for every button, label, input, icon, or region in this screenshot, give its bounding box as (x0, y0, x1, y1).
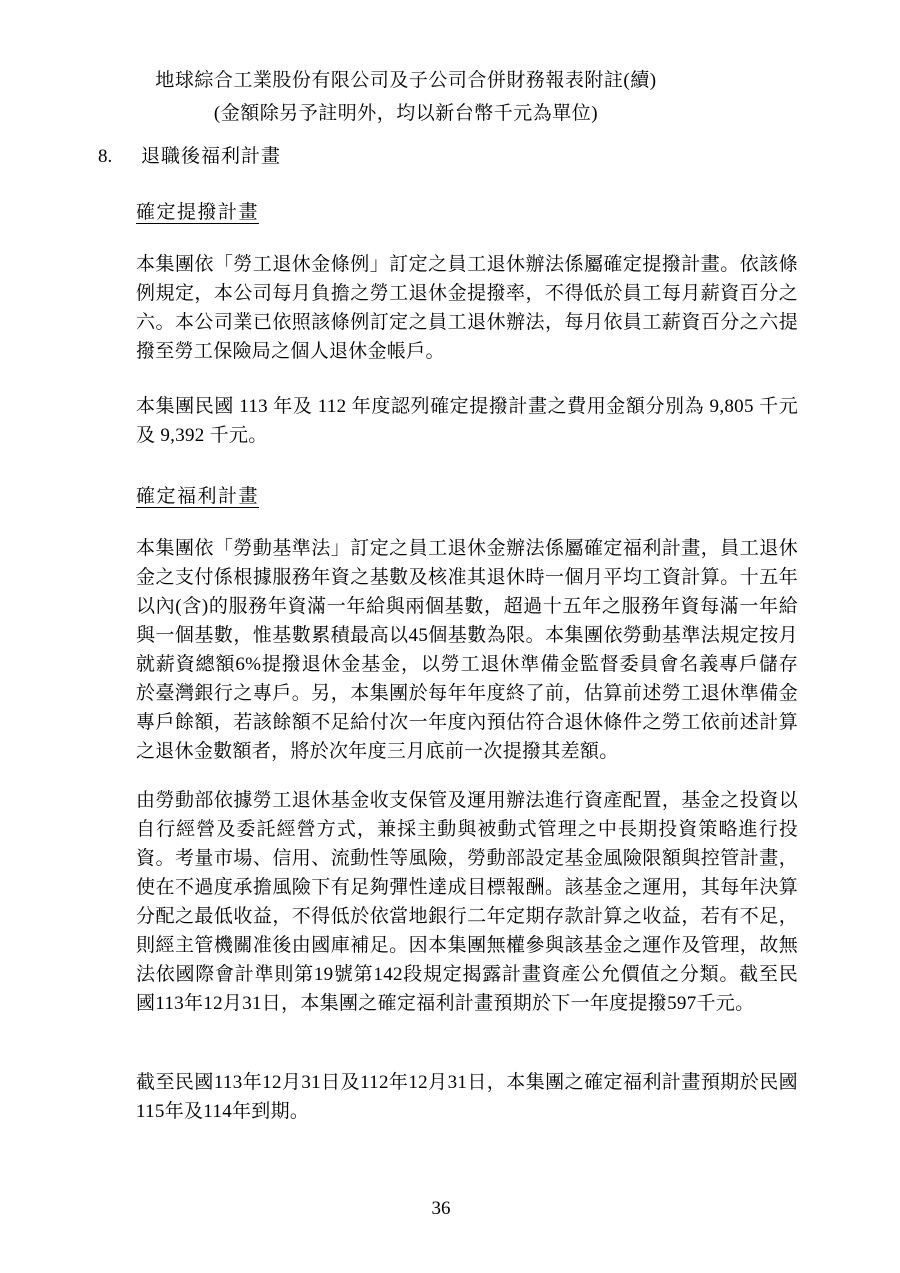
paragraph-defined-contribution-expense: 本集團民國 113 年及 112 年度認列確定提撥計畫之費用金額分別為 9,80… (136, 392, 798, 450)
paragraph-defined-contribution-policy: 本集團依「勞工退休金條例」訂定之員工退休辦法係屬確定提撥計畫。依該條例規定，本公… (136, 250, 798, 366)
paragraph-plan-maturity: 截至民國113年12月31日及112年12月31日，本集團之確定福利計畫預期於民… (136, 1068, 798, 1126)
report-title: 地球綜合工業股份有限公司及子公司合併財務報表附註(續) (0, 64, 812, 97)
section-8-heading: 8. 退職後福利計畫 (98, 142, 281, 171)
document-header: 地球綜合工業股份有限公司及子公司合併財務報表附註(續) (金額除另予註明外，均以… (0, 64, 812, 130)
subsection-heading-defined-contribution-plan: 確定提撥計畫 (136, 198, 259, 227)
section-number: 8. (98, 142, 141, 171)
paragraph-fund-management: 由勞動部依據勞工退休基金收支保管及運用辦法進行資產配置，基金之投資以自行經營及委… (136, 786, 798, 1018)
subsection-heading-defined-benefit-plan: 確定福利計畫 (136, 482, 259, 511)
unit-note: (金額除另予註明外，均以新台幣千元為單位) (0, 97, 812, 130)
paragraph-defined-benefit-policy: 本集團依「勞動基準法」訂定之員工退休金辦法係屬確定福利計畫，員工退休金之支付係根… (136, 534, 798, 766)
section-title: 退職後福利計畫 (141, 142, 281, 171)
document-page: 地球綜合工業股份有限公司及子公司合併財務報表附註(續) (金額除另予註明外，均以… (0, 0, 900, 1273)
page-number: 36 (0, 1194, 882, 1223)
